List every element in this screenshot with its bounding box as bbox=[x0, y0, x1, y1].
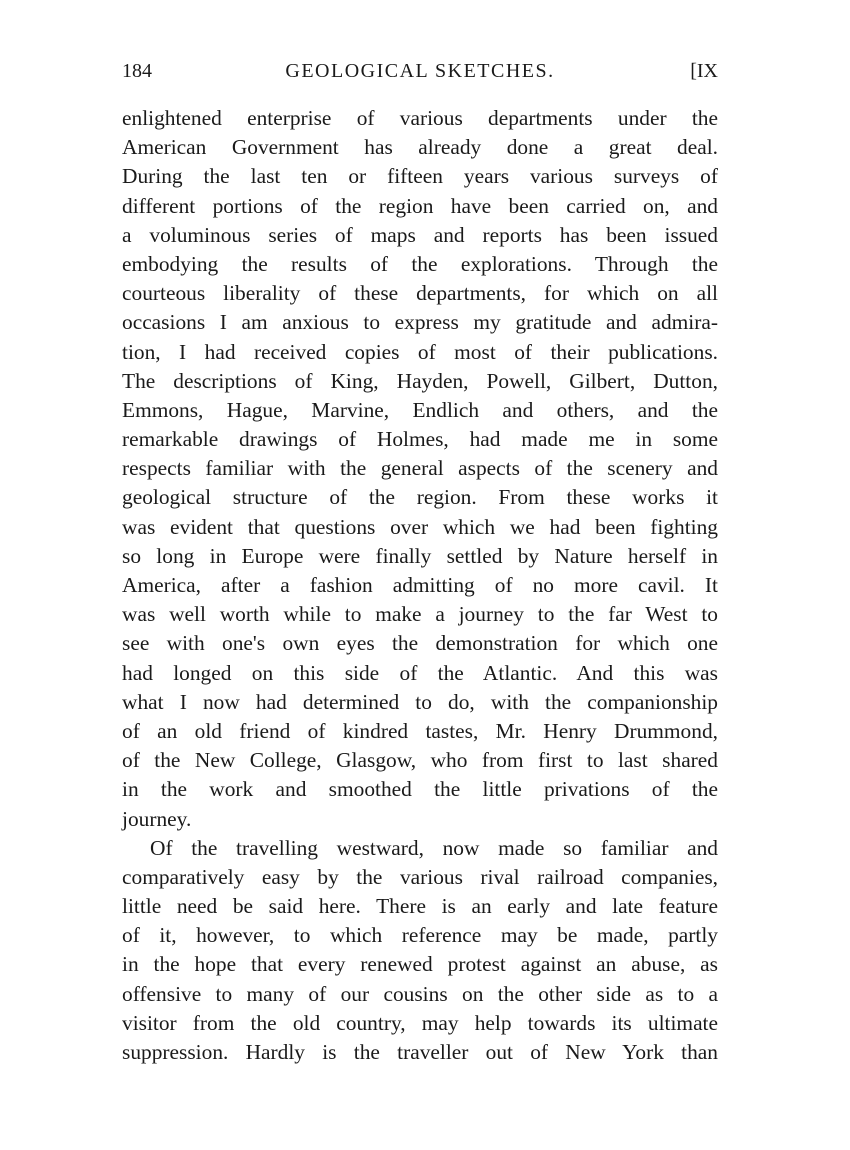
text-line: remarkable drawings of Holmes, had made … bbox=[122, 425, 718, 454]
text-line: had longed on this side of the Atlantic.… bbox=[122, 659, 718, 688]
page-header: 184 GEOLOGICAL SKETCHES. [IX bbox=[122, 60, 718, 90]
text-line: of it, however, to which reference may b… bbox=[122, 921, 718, 950]
text-line: so long in Europe were finally settled b… bbox=[122, 542, 718, 571]
text-line: was well worth while to make a journey t… bbox=[122, 600, 718, 629]
text-line: little need be said here. There is an ea… bbox=[122, 892, 718, 921]
text-line: Emmons, Hague, Marvine, Endlich and othe… bbox=[122, 396, 718, 425]
paragraph-2: Of the travelling westward, now made so … bbox=[122, 834, 718, 1068]
text-line: enlightened enterprise of various depart… bbox=[122, 104, 718, 133]
text-line: journey. bbox=[122, 805, 718, 834]
text-line: suppression. Hardly is the traveller out… bbox=[122, 1038, 718, 1067]
text-line: The descriptions of King, Hayden, Powell… bbox=[122, 367, 718, 396]
paragraph-1: enlightened enterprise of various depart… bbox=[122, 104, 718, 834]
running-title: GEOLOGICAL SKETCHES. bbox=[122, 60, 718, 83]
text-line: America, after a fashion admitting of no… bbox=[122, 571, 718, 600]
text-line: courteous liberality of these department… bbox=[122, 279, 718, 308]
text-line: Of the travelling westward, now made so … bbox=[122, 834, 718, 863]
text-line: of an old friend of kindred tastes, Mr. … bbox=[122, 717, 718, 746]
text-line: tion, I had received copies of most of t… bbox=[122, 338, 718, 367]
chapter-marker: [IX bbox=[690, 60, 718, 83]
text-line: embodying the results of the exploration… bbox=[122, 250, 718, 279]
text-line: a voluminous series of maps and reports … bbox=[122, 221, 718, 250]
text-line: respects familiar with the general aspec… bbox=[122, 454, 718, 483]
book-page: 184 GEOLOGICAL SKETCHES. [IX enlightened… bbox=[0, 0, 850, 1150]
text-line: of the New College, Glasgow, who from fi… bbox=[122, 746, 718, 775]
text-line: see with one's own eyes the demonstratio… bbox=[122, 629, 718, 658]
page-body: enlightened enterprise of various depart… bbox=[122, 104, 718, 1067]
text-line: offensive to many of our cousins on the … bbox=[122, 980, 718, 1009]
text-line: During the last ten or fifteen years var… bbox=[122, 162, 718, 191]
text-line: comparatively easy by the various rival … bbox=[122, 863, 718, 892]
text-line: occasions I am anxious to express my gra… bbox=[122, 308, 718, 337]
text-line: American Government has already done a g… bbox=[122, 133, 718, 162]
text-line: geological structure of the region. From… bbox=[122, 483, 718, 512]
text-line: in the work and smoothed the little priv… bbox=[122, 775, 718, 804]
text-line: different portions of the region have be… bbox=[122, 192, 718, 221]
text-line: was evident that questions over which we… bbox=[122, 513, 718, 542]
text-line: what I now had determined to do, with th… bbox=[122, 688, 718, 717]
text-line: in the hope that every renewed protest a… bbox=[122, 950, 718, 979]
text-line: visitor from the old country, may help t… bbox=[122, 1009, 718, 1038]
